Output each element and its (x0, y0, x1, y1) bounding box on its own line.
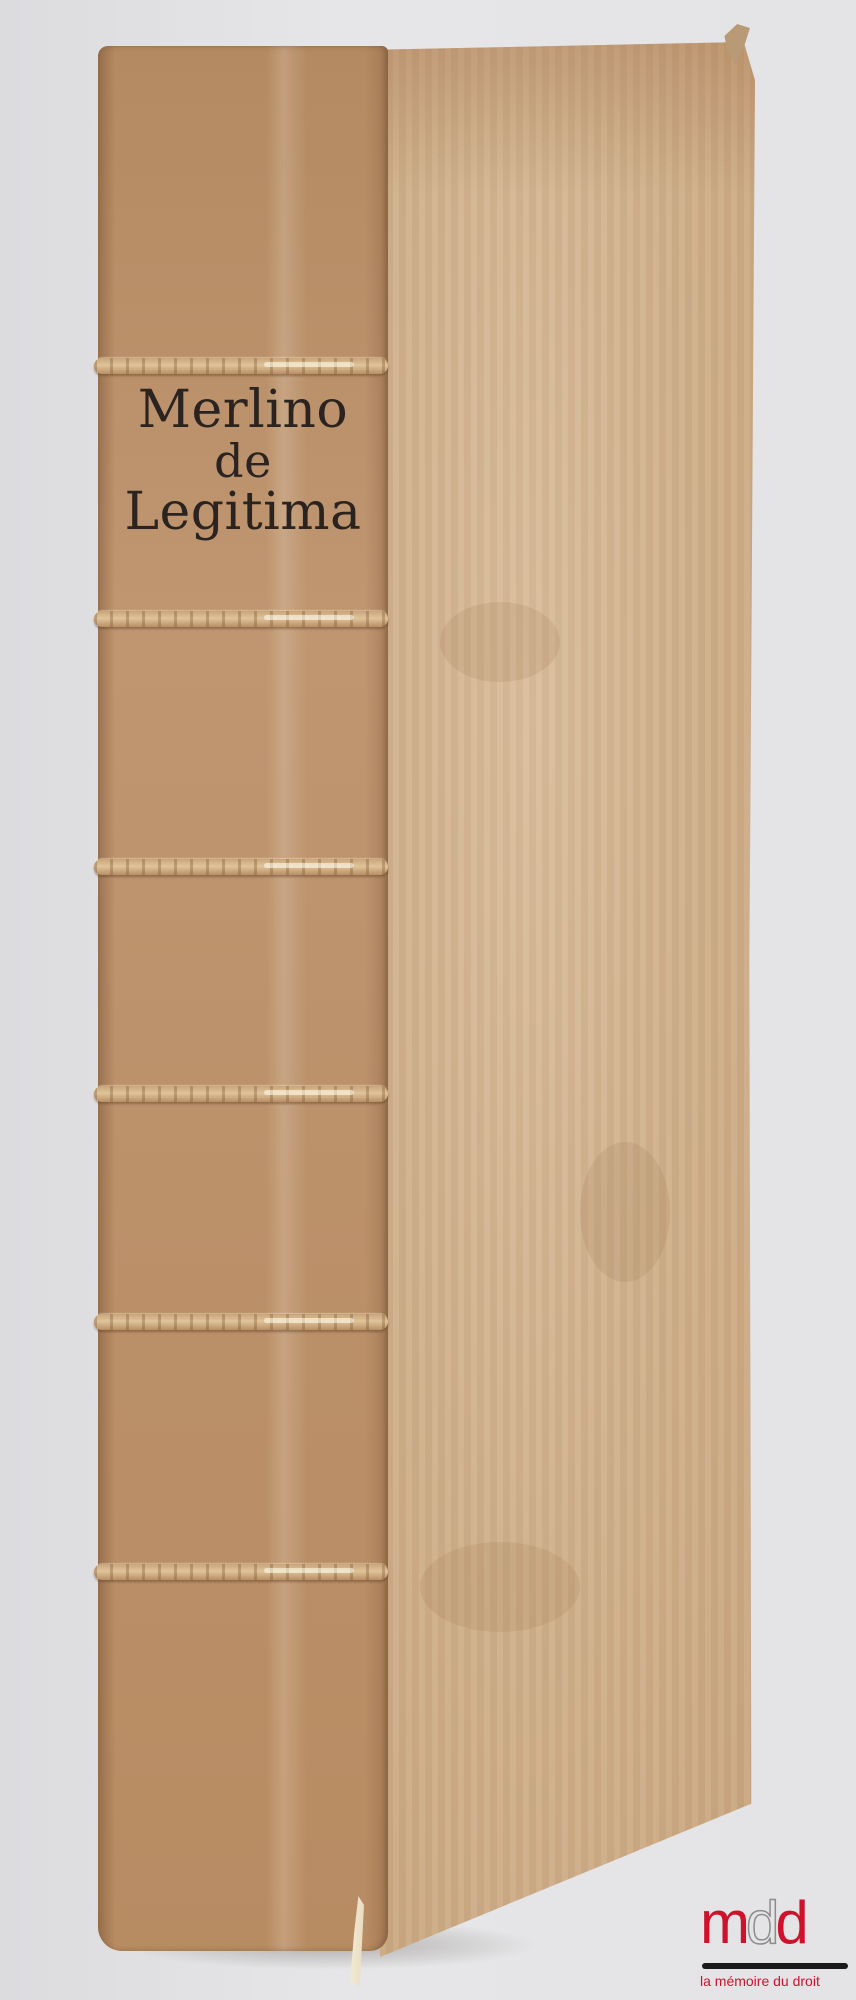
logo-bar (702, 1963, 848, 1969)
raised-band (94, 859, 388, 875)
cover-stain (440, 602, 560, 682)
raised-band (94, 1086, 388, 1102)
logo-mark: mdd (700, 1893, 805, 1953)
spine-title-line3: Legitima (98, 483, 388, 541)
raised-band (94, 1564, 388, 1580)
spine-tear (350, 1896, 364, 1986)
logo-tagline: la mémoire du droit (700, 1973, 850, 1989)
spine-title-line1: Merlino (98, 381, 388, 439)
cover-stain (420, 1542, 580, 1632)
spine-title-line2: de (98, 439, 388, 483)
product-photo: Merlino de Legitima mdd la mémoire du dr… (0, 0, 856, 2000)
mdd-logo: mdd la mémoire du droit (700, 1893, 850, 1993)
raised-band (94, 358, 388, 374)
book-front-cover (380, 42, 755, 1957)
spine-title: Merlino de Legitima (98, 381, 388, 541)
raised-band (94, 1314, 388, 1330)
raised-band (94, 611, 388, 627)
book-spine: Merlino de Legitima (98, 46, 388, 1951)
cover-stain (580, 1142, 670, 1282)
